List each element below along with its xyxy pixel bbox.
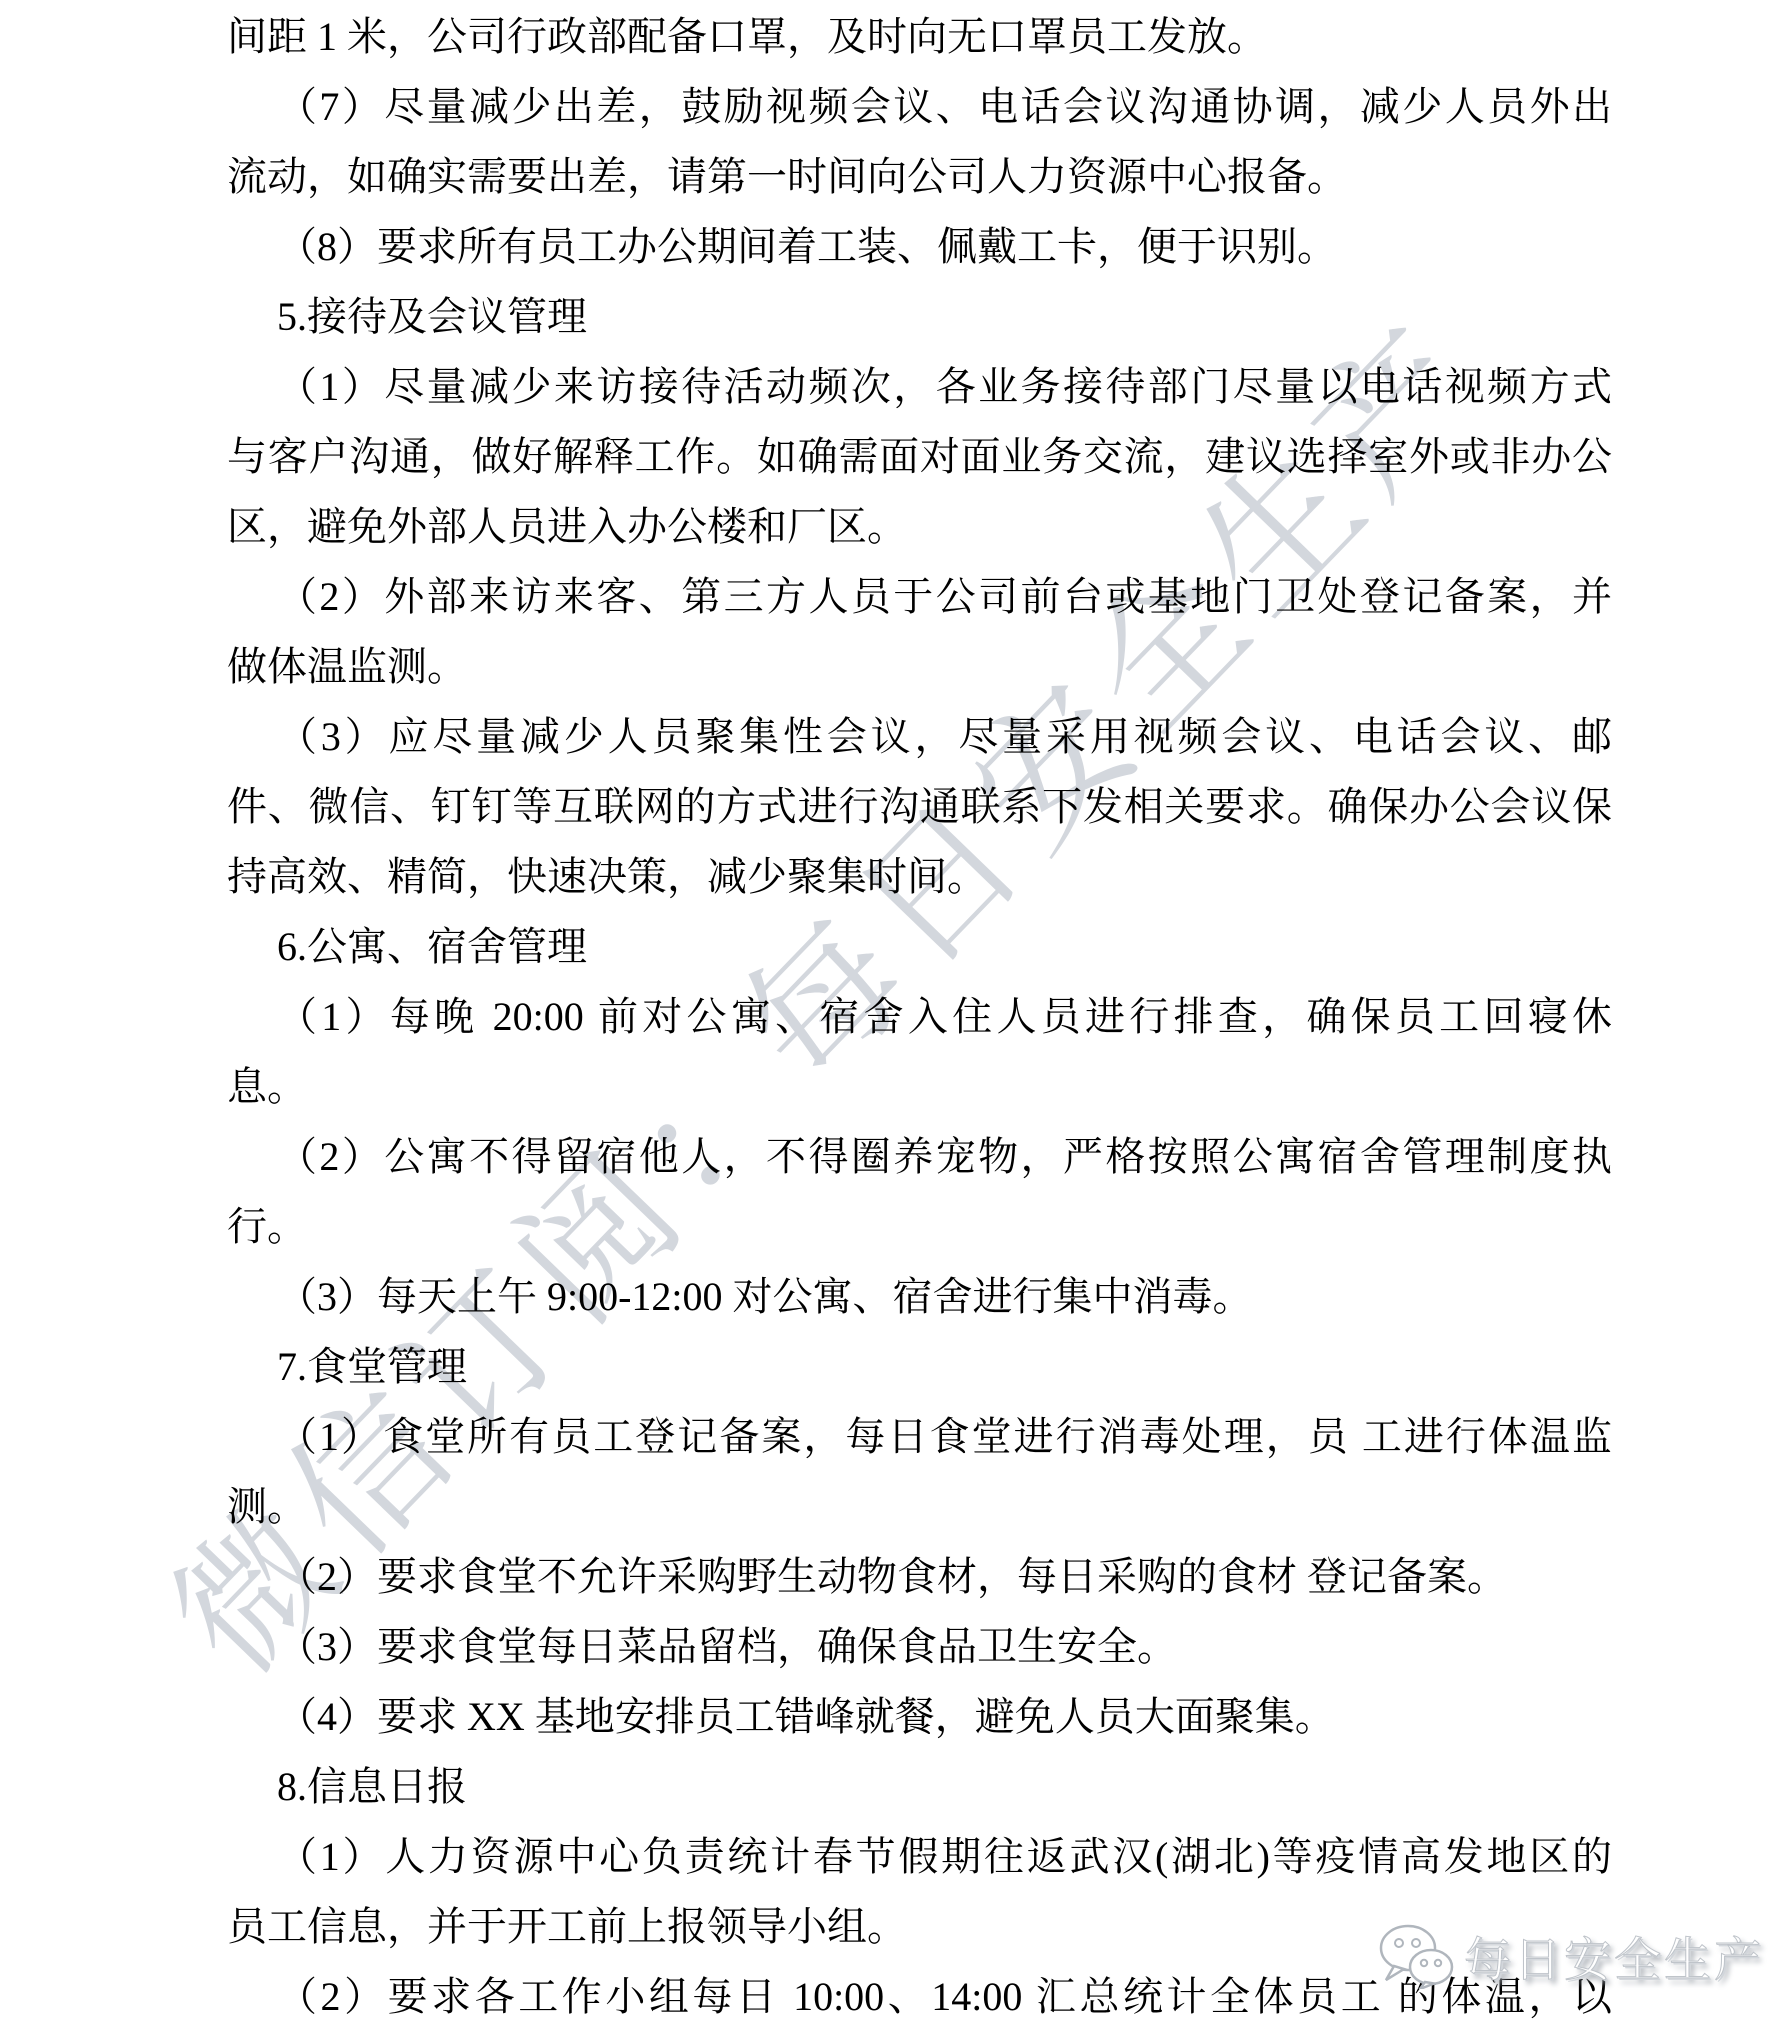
paragraph-line: （8）要求所有员工办公期间着工装、佩戴工卡，便于识别。	[227, 212, 1612, 282]
paragraph-line: 间距 1 米，公司行政部配备口罩，及时向无口罩员工发放。	[227, 2, 1612, 72]
paragraph-line: 流动，如确实需要出差，请第一时间向公司人力资源中心报备。	[227, 142, 1612, 212]
paragraph-line: 持高效、精简，快速决策，减少聚集时间。	[227, 842, 1612, 912]
footer-logo: 每日安全生产	[1378, 1920, 1764, 1992]
paragraph-line: （3）要求食堂每日菜品留档，确保食品卫生安全。	[227, 1612, 1612, 1682]
paragraph-line: （2）公寓不得留宿他人，不得圈养宠物，严格按照公寓宿舍管理制度执	[227, 1122, 1612, 1192]
paragraph-line: 与客户沟通，做好解释工作。如确需面对面业务交流，建议选择室外或非办公	[227, 422, 1612, 492]
paragraph-line: 行。	[227, 1192, 1612, 1262]
paragraph-line: （1）每晚 20:00 前对公寓、宿舍入住人员进行排查，确保员工回寝休	[227, 982, 1612, 1052]
document-page: 微信订阅：每日安全生产 间距 1 米，公司行政部配备口罩，及时向无口罩员工发放。…	[0, 0, 1785, 2041]
section-heading-line: 7.食堂管理	[227, 1332, 1612, 1402]
paragraph-line: 区，避免外部人员进入办公楼和厂区。	[227, 492, 1612, 562]
wechat-icon	[1378, 1923, 1454, 1989]
section-heading-line: 8.信息日报	[227, 1752, 1612, 1822]
paragraph-line: 息。	[227, 1052, 1612, 1122]
paragraph-line: （3）应尽量减少人员聚集性会议，尽量采用视频会议、电话会议、邮	[227, 702, 1612, 772]
paragraph-line: 测。	[227, 1472, 1612, 1542]
paragraph-line: （3）每天上午 9:00-12:00 对公寓、宿舍进行集中消毒。	[227, 1262, 1612, 1332]
paragraph-line: 做体温监测。	[227, 632, 1612, 702]
paragraph-line: 件、微信、钉钉等互联网的方式进行沟通联系下发相关要求。确保办公会议保	[227, 772, 1612, 842]
document-body: 间距 1 米，公司行政部配备口罩，及时向无口罩员工发放。（7）尽量减少出差，鼓励…	[227, 2, 1612, 2032]
paragraph-line: （1）人力资源中心负责统计春节假期往返武汉(湖北)等疫情高发地区的	[227, 1822, 1612, 1892]
footer-logo-label: 每日安全生产	[1464, 1923, 1764, 1990]
paragraph-line: （4）要求 XX 基地安排员工错峰就餐，避免人员大面聚集。	[227, 1682, 1612, 1752]
section-heading-line: 5.接待及会议管理	[227, 282, 1612, 352]
paragraph-line: （7）尽量减少出差，鼓励视频会议、电话会议沟通协调，减少人员外出	[227, 72, 1612, 142]
section-heading-line: 6.公寓、宿舍管理	[227, 912, 1612, 982]
paragraph-line: （1）食堂所有员工登记备案，每日食堂进行消毒处理，员 工进行体温监	[227, 1402, 1612, 1472]
paragraph-line: （1）尽量减少来访接待活动频次，各业务接待部门尽量以电话视频方式	[227, 352, 1612, 422]
paragraph-line: （2）要求食堂不允许采购野生动物食材，每日采购的食材 登记备案。	[227, 1542, 1612, 1612]
paragraph-line: （2）外部来访来客、第三方人员于公司前台或基地门卫处登记备案，并	[227, 562, 1612, 632]
